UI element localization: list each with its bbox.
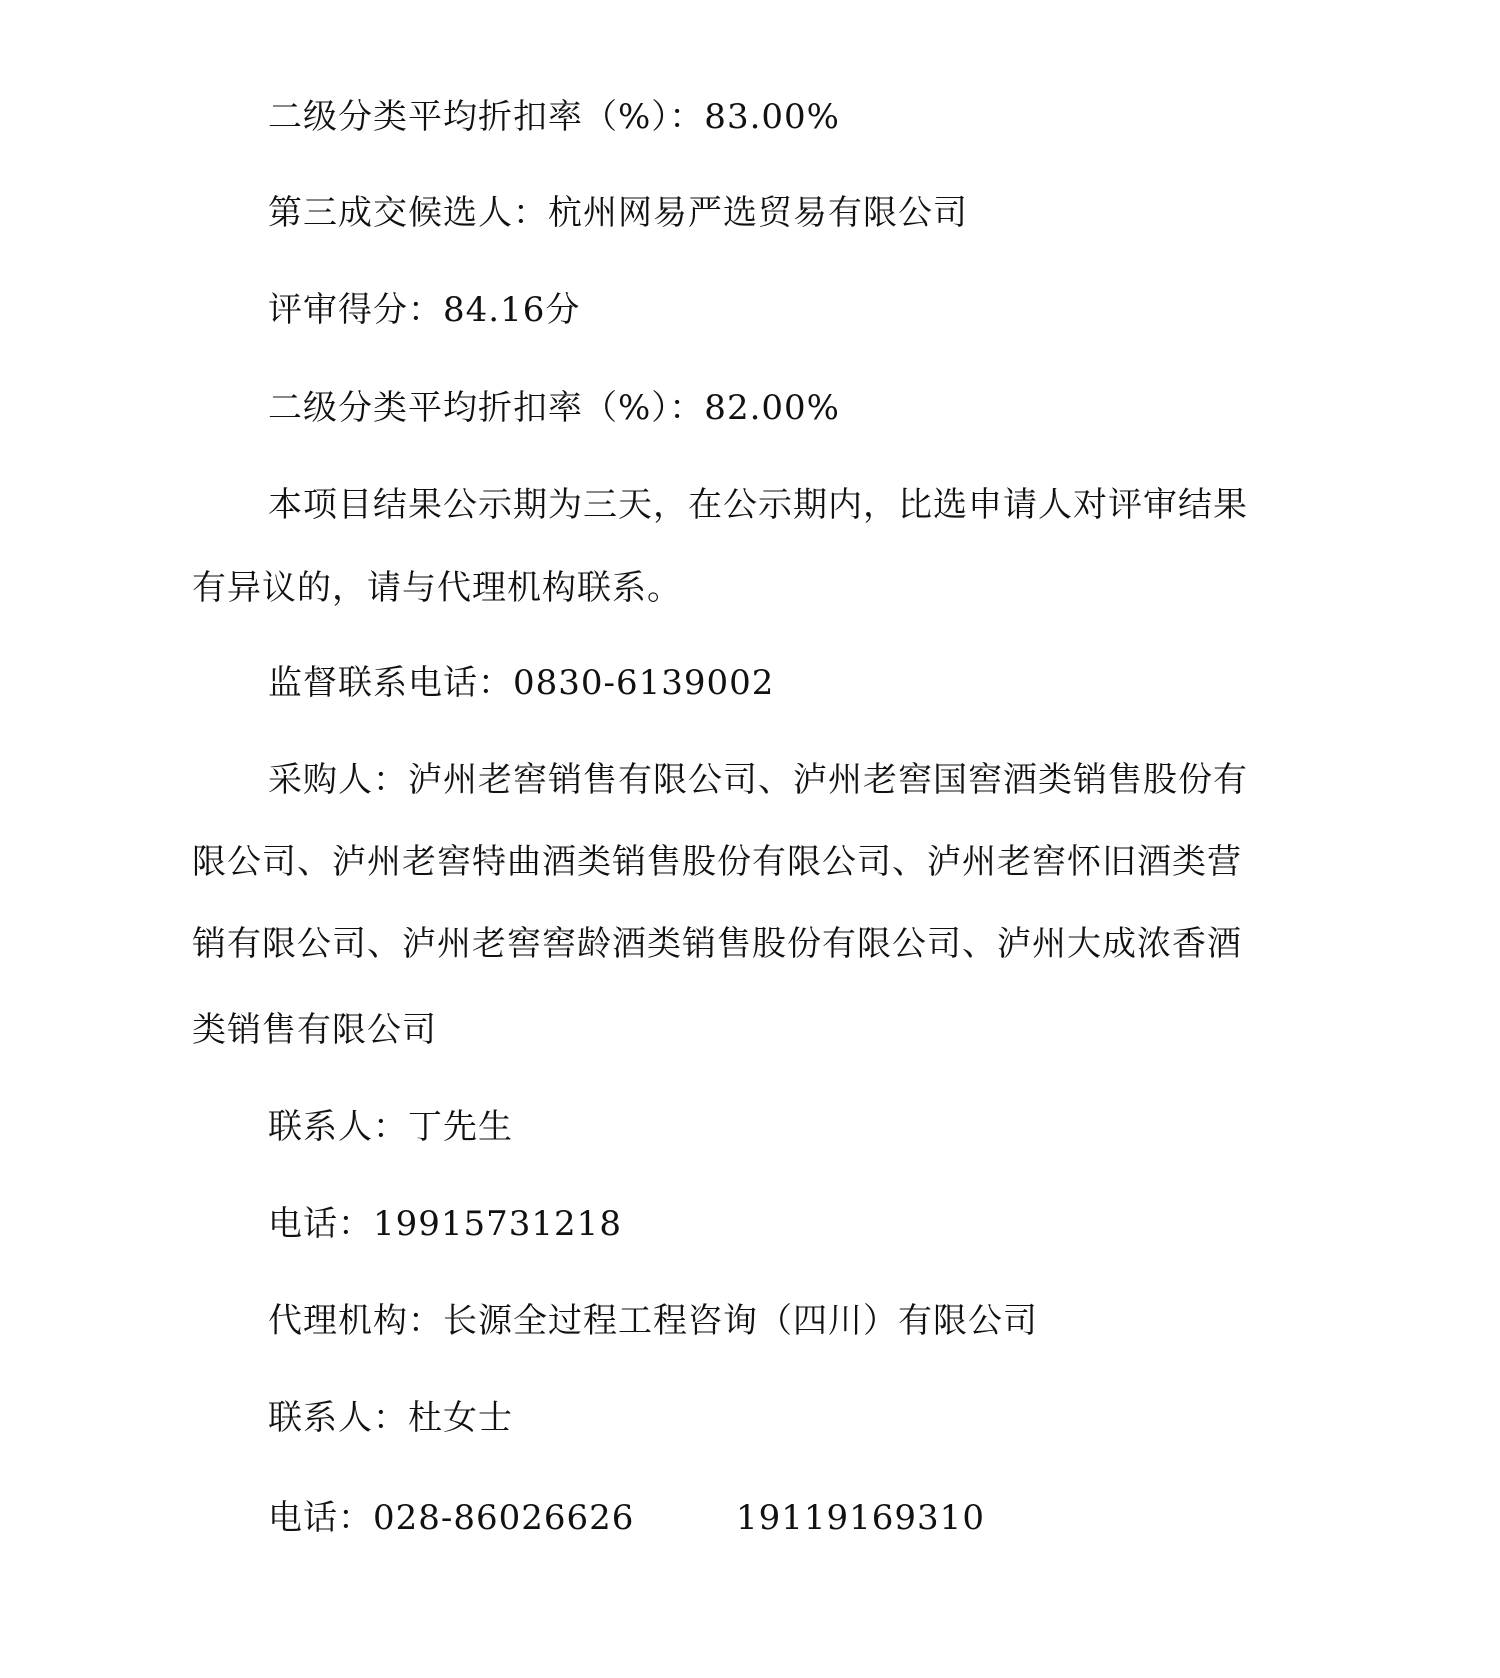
purchaser-line-3: 销有限公司、泸州老窖窖龄酒类销售股份有限公司、泸州大成浓香酒 xyxy=(192,922,1242,966)
agency-contact: 联系人：杜女士 xyxy=(268,1396,513,1440)
document-page: 二级分类平均折扣率（%）：83.00% 第三成交候选人：杭州网易严选贸易有限公司… xyxy=(0,0,1500,1678)
purchaser-line-4: 类销售有限公司 xyxy=(192,1008,437,1052)
prev-candidate-discount-rate: 二级分类平均折扣率（%）：83.00% xyxy=(268,95,840,139)
purchaser-line-2: 限公司、泸州老窖特曲酒类销售股份有限公司、泸州老窖怀旧酒类营 xyxy=(192,840,1242,884)
agency-phone-landline: 电话：028-86026626 xyxy=(268,1498,634,1538)
publicity-notice-line-2: 有异议的，请与代理机构联系。 xyxy=(192,566,682,610)
purchaser-phone: 电话：19915731218 xyxy=(268,1202,622,1246)
purchaser-contact: 联系人：丁先生 xyxy=(268,1105,513,1149)
supervision-phone: 监督联系电话：0830-6139002 xyxy=(268,661,774,705)
agency-name: 代理机构：长源全过程工程咨询（四川）有限公司 xyxy=(268,1299,1038,1343)
purchaser-line-1: 采购人：泸州老窖销售有限公司、泸州老窖国窖酒类销售股份有 xyxy=(268,758,1248,802)
agency-phone-mobile: 19119169310 xyxy=(736,1496,985,1540)
third-candidate: 第三成交候选人：杭州网易严选贸易有限公司 xyxy=(268,191,968,235)
third-candidate-discount-rate: 二级分类平均折扣率（%）：82.00% xyxy=(268,386,840,430)
agency-phone: 电话：028-86026626 xyxy=(268,1496,1168,1540)
third-candidate-score: 评审得分：84.16分 xyxy=(268,288,580,332)
publicity-notice-line-1: 本项目结果公示期为三天，在公示期内，比选申请人对评审结果 xyxy=(268,483,1248,527)
